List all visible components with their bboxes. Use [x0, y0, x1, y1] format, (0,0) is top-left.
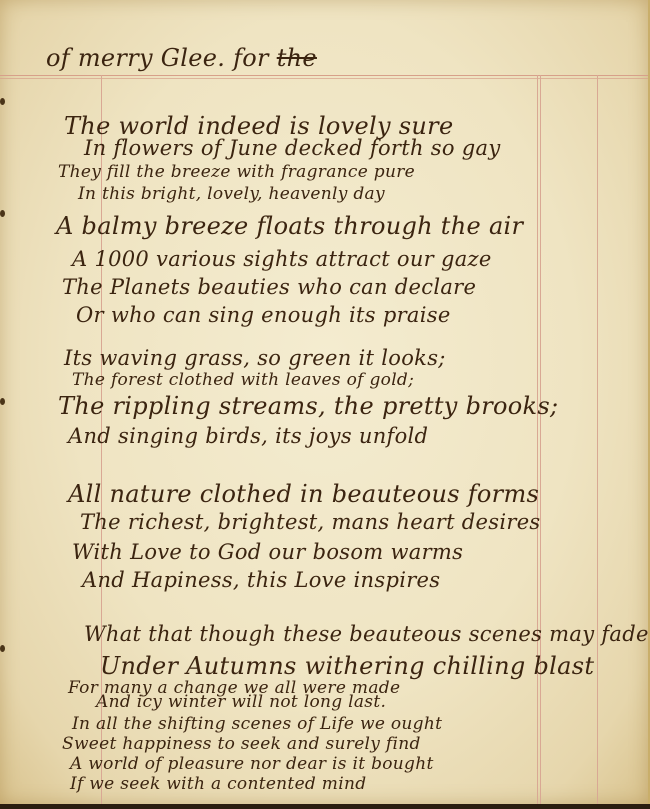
header-text: of merry Glee. for — [46, 44, 269, 72]
poem-line: They fill the breeze with fragrance pure — [58, 162, 415, 182]
poem-line: And Hapiness, this Love inspires — [82, 568, 440, 592]
poem-line: In flowers of June decked forth so gay — [84, 136, 501, 160]
header-rule-top — [0, 75, 648, 76]
poem-line: The forest clothed with leaves of gold; — [72, 370, 414, 390]
binding-hole — [0, 210, 5, 217]
manuscript-page: of merry Glee. for the The world indeed … — [0, 0, 650, 804]
poem-line: Sweet happiness to seek and surely find — [62, 734, 421, 754]
binding-hole — [0, 645, 5, 652]
poem-line: A 1000 various sights attract our gaze — [72, 247, 492, 271]
poem-line: A world of pleasure nor dear is it bough… — [70, 754, 434, 774]
binding-hole — [0, 398, 5, 405]
binding-hole — [0, 98, 5, 105]
poem-line: The Planets beauties who can declare — [62, 275, 476, 299]
poem-line: Under Autumns withering chilling blast — [100, 652, 594, 680]
poem-line: In all the shifting scenes of Life we ou… — [72, 714, 442, 734]
poem-line: The richest, brightest, mans heart desir… — [80, 510, 541, 534]
poem-line: All nature clothed in beauteous forms — [68, 480, 539, 508]
poem-line: A balmy breeze floats through the air — [56, 212, 523, 240]
header-rule-bottom — [0, 78, 648, 79]
header-line: of merry Glee. for the — [46, 44, 317, 72]
column-rule-1b — [540, 75, 541, 804]
column-rule-1a — [537, 75, 538, 804]
poem-line: With Love to God our bosom warms — [72, 540, 463, 564]
poem-line: If we seek with a contented mind — [70, 774, 366, 794]
poem-line: Its waving grass, so green it looks; — [64, 346, 446, 370]
poem-line: Or who can sing enough its praise — [76, 303, 451, 327]
poem-line: And singing birds, its joys unfold — [68, 424, 428, 448]
poem-line: The rippling streams, the pretty brooks; — [58, 392, 558, 420]
poem-line: In this bright, lovely, heavenly day — [78, 184, 385, 204]
poem-line: And icy winter will not long last. — [96, 692, 386, 712]
column-rule-2 — [597, 75, 598, 804]
poem-line: What that though these beauteous scenes … — [84, 622, 649, 646]
struck-word: the — [277, 44, 317, 72]
